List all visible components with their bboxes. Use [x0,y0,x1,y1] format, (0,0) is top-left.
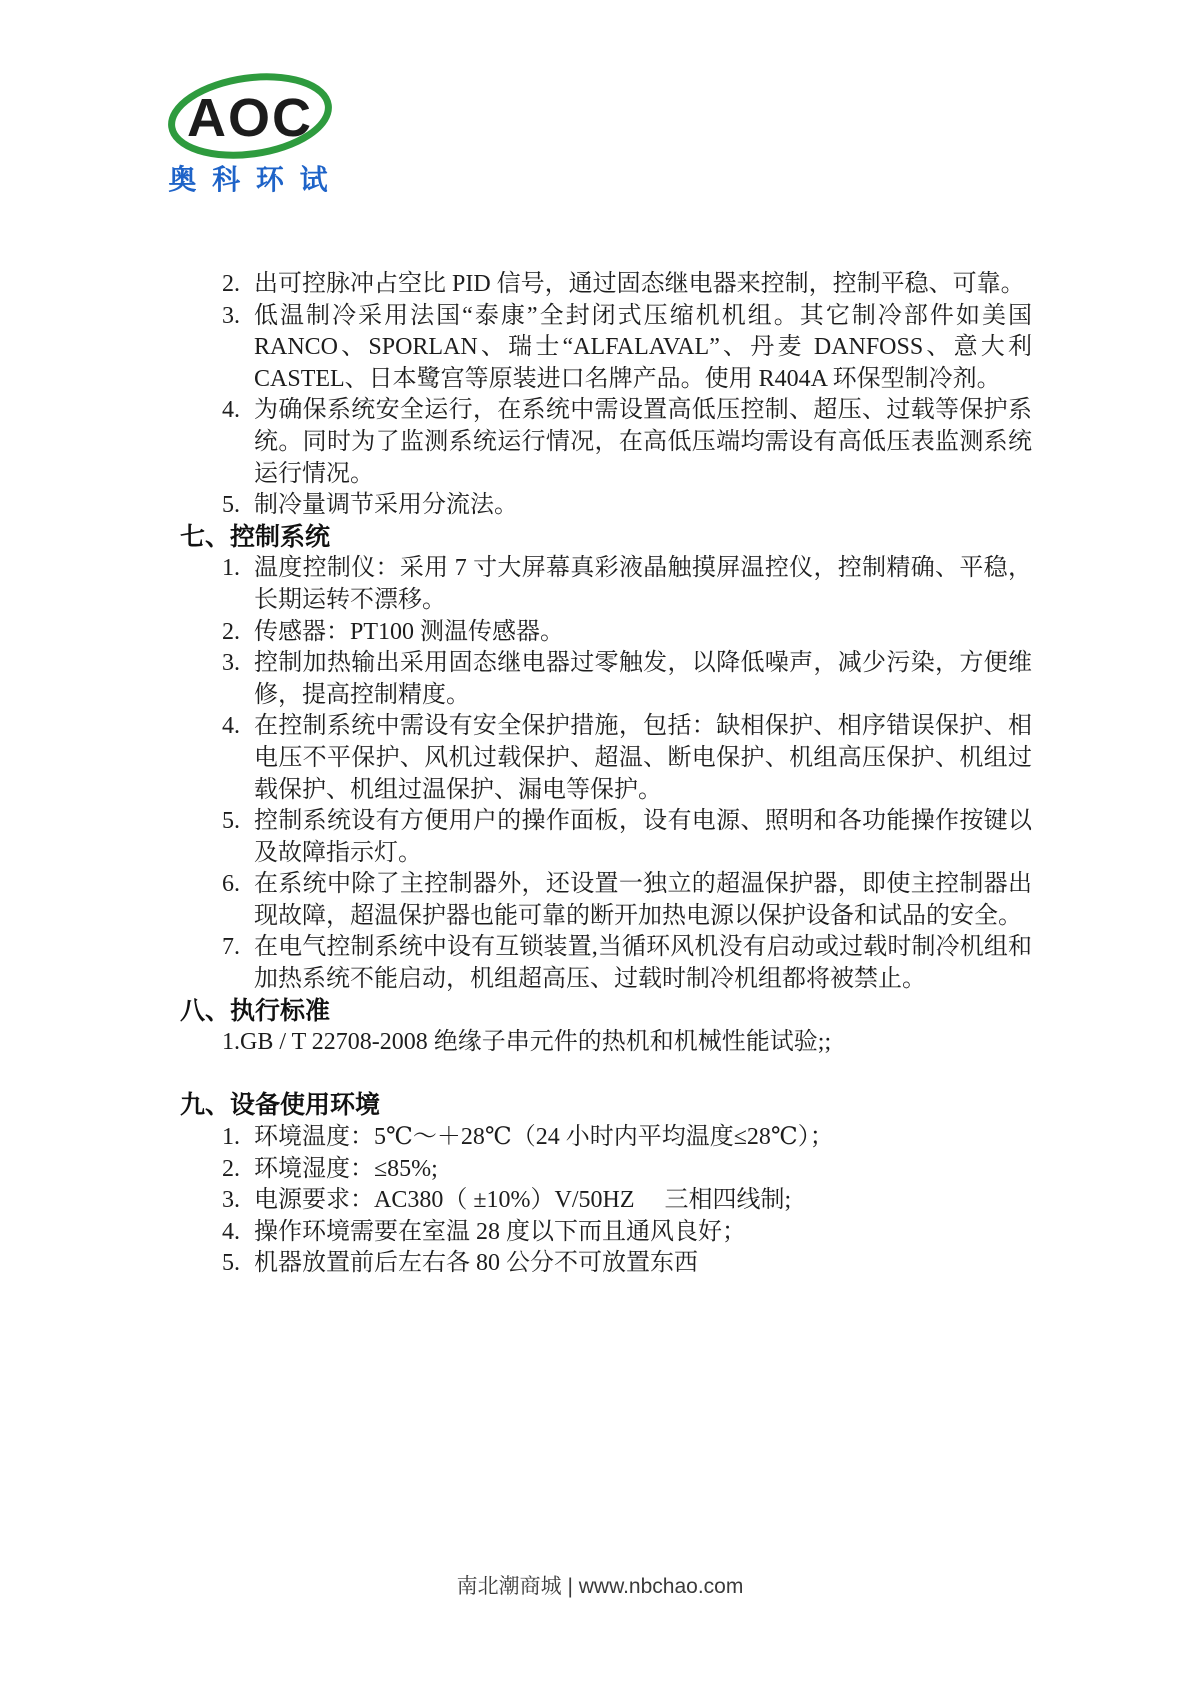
list-item-number: 4. [222,1217,254,1249]
list-item: 2. 环境湿度：≤85%; [180,1154,1032,1186]
list-item: 1. 环境温度：5℃～＋28℃（24 小时内平均温度≤28℃）； [180,1122,1032,1154]
list-item: 3. 低温制冷采用法国“泰康”全封闭式压缩机机组。其它制冷部件如美国 RANCO… [180,301,1032,396]
list-item: 5. 机器放置前后左右各 80 公分不可放置东西 [180,1248,1032,1280]
list-item: 5. 控制系统设有方便用户的操作面板，设有电源、照明和各功能操作按键以及故障指示… [180,806,1032,869]
list-item: 4. 操作环境需要在室温 28 度以下而且通风良好； [180,1217,1032,1249]
list-item: 1. 温度控制仪：采用 7 寸大屏幕真彩液晶触摸屏温控仪，控制精确、平稳，长期运… [180,553,1032,616]
list-item: 6. 在系统中除了主控制器外，还设置一独立的超温保护器，即使主控制器出现故障，超… [180,869,1032,932]
list-item-number: 5. [222,806,254,869]
list-item-number: 3. [222,648,254,711]
list-item-text: 为确保系统安全运行，在系统中需设置高低压控制、超压、过载等保护系统。同时为了监测… [254,395,1032,490]
blank-line [180,1059,1032,1091]
section-heading-environment: 九、设备使用环境 [180,1090,1032,1122]
section-standards: 八、执行标准 1.GB / T 22708-2008 绝缘子串元件的热机和机械性… [180,996,1032,1059]
section-heading-standards: 八、执行标准 [180,996,1032,1028]
list-item-number: 7. [222,932,254,995]
list-item-text: 控制加热输出采用固态继电器过零触发，以降低噪声，减少污染，方便维修，提高控制精度… [254,648,1032,711]
list-item-text: 出可控脉冲占空比 PID 信号，通过固态继电器来控制，控制平稳、可靠。 [254,269,1032,301]
list-item-text: 操作环境需要在室温 28 度以下而且通风良好； [254,1217,1032,1249]
list-item-text: 机器放置前后左右各 80 公分不可放置东西 [254,1248,1032,1280]
section-control-system: 七、控制系统 1. 温度控制仪：采用 7 寸大屏幕真彩液晶触摸屏温控仪，控制精确… [180,522,1032,996]
list-item-number: 1. [222,1122,254,1154]
list-item-number: 2. [222,269,254,301]
list-item-text: 制冷量调节采用分流法。 [254,490,1032,522]
list-item: 3. 电源要求：AC380（ ±10%）V/50HZ 三相四线制; [180,1185,1032,1217]
logo-acronym: AOC [187,88,313,148]
list-item-number: 5. [222,490,254,522]
list-item-number: 2. [222,1154,254,1186]
list-item-number: 2. [222,617,254,649]
list-item-number: 4. [222,395,254,490]
list-item: 4. 为确保系统安全运行，在系统中需设置高低压控制、超压、过载等保护系统。同时为… [180,395,1032,490]
list-item-number: 6. [222,869,254,932]
section-heading-control: 七、控制系统 [180,522,1032,554]
list-item-number: 1. [222,553,254,616]
list-item-text: 在控制系统中需设有安全保护措施，包括：缺相保护、相序错误保护、相电压不平保护、风… [254,711,1032,806]
document-page: AOC 奥 科 环 试 2. 出可控脉冲占空比 PID 信号，通过固态继电器来控… [0,0,1200,1697]
list-item: 2. 出可控脉冲占空比 PID 信号，通过固态继电器来控制，控制平稳、可靠。 [180,269,1032,301]
list-item-text: 在系统中除了主控制器外，还设置一独立的超温保护器，即使主控制器出现故障，超温保护… [254,869,1032,932]
list-item: 4. 在控制系统中需设有安全保护措施，包括：缺相保护、相序错误保护、相电压不平保… [180,711,1032,806]
logo-subtitle: 奥 科 环 试 [168,163,331,195]
list-item-number: 4. [222,711,254,806]
list-item-number: 3. [222,301,254,396]
list-item-text: 电源要求：AC380（ ±10%）V/50HZ 三相四线制; [254,1185,1032,1217]
list-item-text: 温度控制仪：采用 7 寸大屏幕真彩液晶触摸屏温控仪，控制精确、平稳，长期运转不漂… [254,553,1032,616]
footer-site-credit: 南北潮商城 | www.nbchao.com [0,1574,1200,1600]
list-item-number: 5. [222,1248,254,1280]
document-content: 2. 出可控脉冲占空比 PID 信号，通过固态继电器来控制，控制平稳、可靠。 3… [180,269,1032,1280]
section-environment: 九、设备使用环境 1. 环境温度：5℃～＋28℃（24 小时内平均温度≤28℃）… [180,1090,1032,1280]
refrigeration-list: 2. 出可控脉冲占空比 PID 信号，通过固态继电器来控制，控制平稳、可靠。 3… [180,269,1032,522]
standard-item: 1.GB / T 22708-2008 绝缘子串元件的热机和机械性能试验;; [180,1027,1032,1059]
list-item-text: 在电气控制系统中设有互锁装置,当循环风机没有启动或过载时制冷机组和加热系统不能启… [254,932,1032,995]
aoc-logo: AOC 奥 科 环 试 [166,72,334,200]
list-item-text: 环境温度：5℃～＋28℃（24 小时内平均温度≤28℃）； [254,1122,1032,1154]
list-item: 2. 传感器：PT100 测温传感器。 [180,617,1032,649]
list-item-text: 低温制冷采用法国“泰康”全封闭式压缩机机组。其它制冷部件如美国 RANCO、SP… [254,301,1032,396]
list-item-text: 环境湿度：≤85%; [254,1154,1032,1186]
list-item-text: 传感器：PT100 测温传感器。 [254,617,1032,649]
list-item-text: 控制系统设有方便用户的操作面板，设有电源、照明和各功能操作按键以及故障指示灯。 [254,806,1032,869]
list-item: 7. 在电气控制系统中设有互锁装置,当循环风机没有启动或过载时制冷机组和加热系统… [180,932,1032,995]
list-item: 5. 制冷量调节采用分流法。 [180,490,1032,522]
list-item-number: 3. [222,1185,254,1217]
list-item: 3. 控制加热输出采用固态继电器过零触发，以降低噪声，减少污染，方便维修，提高控… [180,648,1032,711]
